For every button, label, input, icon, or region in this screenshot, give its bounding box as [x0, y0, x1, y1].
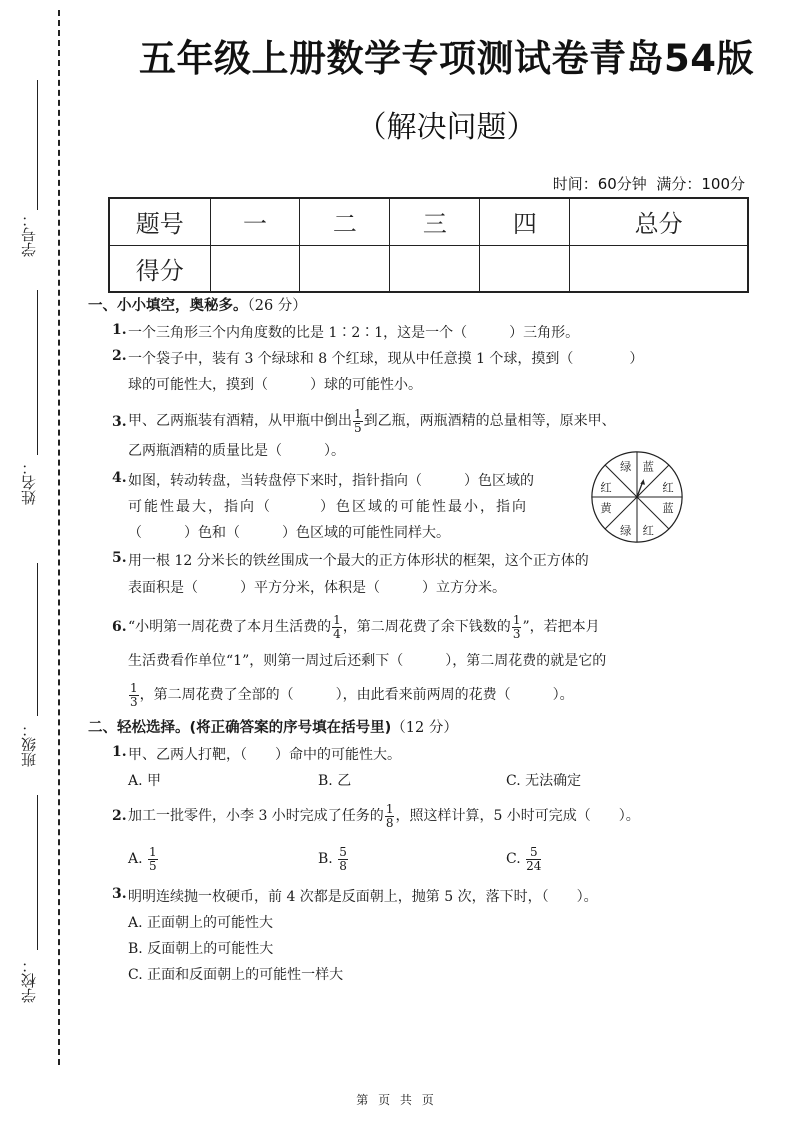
- score-table-cell: 题号: [109, 198, 210, 245]
- denominator: 3: [512, 628, 522, 641]
- question-text: 用一根 12 分米长的铁丝围成一个最大的正方体形状的框架，这个正方体的: [112, 548, 688, 575]
- time-label: 时间：60分钟: [553, 175, 647, 193]
- score-table-cell: 一: [210, 198, 300, 245]
- score-table-cell: 四: [480, 198, 570, 245]
- numerator: 1: [385, 803, 395, 817]
- numerator: 5: [338, 846, 348, 860]
- question-text: 甲、乙两人打靶，（ ）命中的可能性大。: [112, 742, 688, 768]
- student-id-line[interactable]: [37, 80, 38, 210]
- school-line[interactable]: [37, 795, 38, 950]
- denominator: 3: [129, 696, 139, 709]
- question-number: 6.: [112, 617, 127, 637]
- score-input-cell[interactable]: [210, 245, 300, 292]
- option-b[interactable]: B. 乙: [318, 768, 506, 794]
- fraction: 15: [148, 846, 158, 873]
- score-input-cell[interactable]: [300, 245, 390, 292]
- denominator: 5: [148, 860, 158, 873]
- score-table-header-row: 题号 一 二 三 四 总分: [109, 198, 748, 245]
- class-line[interactable]: [37, 563, 38, 716]
- fraction: 18: [385, 803, 395, 830]
- question-1-5: 5. 用一根 12 分米长的铁丝围成一个最大的正方体形状的框架，这个正方体的 表…: [88, 548, 688, 602]
- options-2-1: A. 甲 B. 乙 C. 无法确定: [88, 768, 688, 794]
- score-input-cell[interactable]: [480, 245, 570, 292]
- question-text-part: “小明第一周花费了本月生活费的: [128, 619, 331, 635]
- section-2-heading: 二、轻松选择。(将正确答案的序号填在括号里)（12 分）: [88, 718, 688, 742]
- question-text-part: ”，若把本月: [522, 619, 599, 635]
- score-table: 题号 一 二 三 四 总分 得分: [108, 197, 749, 293]
- option-c[interactable]: C. 正面和反面朝上的可能性一样大: [128, 962, 688, 988]
- question-text-part: 到乙瓶，两瓶酒精的总量相等，原来甲、: [364, 413, 616, 429]
- option-a[interactable]: A. 正面朝上的可能性大: [128, 910, 688, 936]
- numerator: 1: [353, 408, 363, 422]
- score-table-cell: 得分: [109, 245, 210, 292]
- section-1-heading: 一、小小填空，奥秘多。（26 分）: [88, 296, 688, 318]
- name-line[interactable]: [37, 290, 38, 455]
- spinner-sector-label: 蓝: [662, 501, 673, 515]
- options-2-2: A. 15 B. 58 C. 524: [88, 842, 688, 876]
- options-2-3: A. 正面朝上的可能性大 B. 反面朝上的可能性大 C. 正面和反面朝上的可能性…: [88, 910, 688, 988]
- denominator: 8: [338, 860, 348, 873]
- question-text: 球的可能性大，摸到（ ）球的可能性小。: [112, 372, 688, 398]
- spinner-sector-label: 蓝: [643, 460, 654, 474]
- name-label: 姓名：: [18, 460, 46, 505]
- numerator: 5: [526, 846, 541, 860]
- option-c[interactable]: C. 524: [506, 842, 542, 876]
- question-number: 3.: [112, 412, 127, 432]
- option-b[interactable]: B. 58: [318, 842, 506, 876]
- option-b[interactable]: B. 反面朝上的可能性大: [128, 936, 688, 962]
- question-text-part: 甲、乙两瓶装有酒精，从甲瓶中倒出: [128, 413, 352, 429]
- question-text: 一个三角形三个内角度数的比是 1∶2∶1，这是一个（ ）三角形。: [112, 320, 688, 346]
- class-label: 班级：: [18, 722, 46, 767]
- numerator: 1: [129, 682, 139, 696]
- denominator: 8: [385, 817, 395, 830]
- spinner-sector-label: 红: [600, 481, 611, 494]
- question-text: 生活费看作单位“1”，则第一周过后还剩下（ ），第二周花费的就是它的: [112, 644, 688, 678]
- page-footer: 第 页 共 页: [0, 1091, 793, 1108]
- question-1-2: 2. 一个袋子中，装有 3 个绿球和 8 个红球，现从中任意摸 1 个球，摸到（…: [88, 346, 688, 398]
- numerator: 1: [148, 846, 158, 860]
- spinner-sector-label: 红: [643, 525, 654, 538]
- question-number: 3.: [112, 884, 127, 904]
- question-text: 表面积是（ ）平方分米，体积是（ ）立方分米。: [112, 575, 688, 602]
- question-2-3: 3. 明明连续抛一枚硬币，前 4 次都是反面朝上，抛第 5 次，落下时，（ ）。: [88, 884, 688, 910]
- option-c[interactable]: C. 无法确定: [506, 768, 581, 794]
- question-number: 4.: [112, 468, 127, 488]
- fraction: 15: [353, 408, 363, 435]
- score-table-cell: 二: [300, 198, 390, 245]
- question-text: 一个袋子中，装有 3 个绿球和 8 个红球，现从中任意摸 1 个球，摸到（ ）: [112, 346, 688, 372]
- section-2-title: 二、轻松选择。(将正确答案的序号填在括号里): [88, 720, 391, 736]
- denominator: 5: [353, 422, 363, 435]
- student-id-label: 学号：: [18, 212, 46, 257]
- question-1-6: 6. “小明第一周花费了本月生活费的14，第二周花费了余下钱数的13”，若把本月…: [88, 610, 688, 712]
- score-input-cell[interactable]: [390, 245, 480, 292]
- page-subtitle: （解决问题）: [100, 102, 793, 146]
- question-text-part: ，第二周花费了余下钱数的: [343, 619, 511, 635]
- page-title: 五年级上册数学专项测试卷青岛54版: [100, 28, 793, 82]
- exam-content: 一、小小填空，奥秘多。（26 分） 1. 一个三角形三个内角度数的比是 1∶2∶…: [88, 296, 688, 988]
- question-1-1: 1. 一个三角形三个内角度数的比是 1∶2∶1，这是一个（ ）三角形。: [88, 320, 688, 346]
- numerator: 1: [332, 614, 342, 628]
- question-text-part: ，照这样计算，5 小时可完成（ ）。: [395, 808, 639, 824]
- option-a[interactable]: A. 15: [128, 842, 318, 876]
- section-1-title: 一、小小填空，奥秘多。: [88, 298, 248, 314]
- fraction: 14: [332, 614, 342, 641]
- option-label: B.: [318, 851, 333, 867]
- score-table-cell: 总分: [570, 198, 748, 245]
- question-number: 1.: [112, 742, 127, 762]
- score-input-cell[interactable]: [570, 245, 748, 292]
- school-label: 学校：: [18, 958, 46, 1003]
- score-table-cell: 三: [390, 198, 480, 245]
- denominator: 4: [332, 628, 342, 641]
- option-label: A.: [128, 851, 143, 867]
- full-score-label: 满分：100分: [656, 175, 745, 193]
- spinner-sector-label: 黄: [600, 501, 612, 515]
- question-text: “小明第一周花费了本月生活费的14，第二周花费了余下钱数的13”，若把本月: [112, 610, 688, 644]
- spinner-sector-label: 绿: [620, 461, 631, 474]
- question-text: 甲、乙两瓶装有酒精，从甲瓶中倒出15到乙瓶，两瓶酒精的总量相等，原来甲、: [112, 406, 688, 436]
- denominator: 24: [526, 860, 541, 873]
- fraction: 58: [338, 846, 348, 873]
- question-text: 明明连续抛一枚硬币，前 4 次都是反面朝上，抛第 5 次，落下时，（ ）。: [112, 884, 688, 910]
- spinner-sector-label: 红: [662, 481, 673, 494]
- option-label: C.: [506, 851, 521, 867]
- spinner-wheel-figure: 绿 蓝 红 蓝 红 绿 黄 红: [590, 450, 684, 544]
- section-1-points: （26 分）: [248, 298, 307, 314]
- section-2-points: （12 分）: [391, 720, 458, 736]
- question-number: 5.: [112, 548, 127, 568]
- spinner-sector-label: 绿: [620, 525, 631, 538]
- fraction: 13: [512, 614, 522, 641]
- question-number: 1.: [112, 320, 127, 340]
- question-2-1: 1. 甲、乙两人打靶，（ ）命中的可能性大。: [88, 742, 688, 768]
- fraction: 524: [526, 846, 541, 873]
- exam-meta: 时间：60分钟 满分：100分: [553, 173, 745, 194]
- question-text: 13，第二周花费了全部的（ ），由此看来前两周的花费（ ）。: [112, 678, 688, 712]
- score-table-score-row: 得分: [109, 245, 748, 292]
- option-a[interactable]: A. 甲: [128, 768, 318, 794]
- question-text-part: 加工一批零件，小李 3 小时完成了任务的: [128, 808, 384, 824]
- numerator: 1: [512, 614, 522, 628]
- question-2-2: 2. 加工一批零件，小李 3 小时完成了任务的18，照这样计算，5 小时可完成（…: [88, 800, 688, 832]
- question-text-part: ，第二周花费了全部的（ ），由此看来前两周的花费（ ）。: [140, 687, 574, 703]
- fraction: 13: [129, 682, 139, 709]
- binding-dashed-line: [58, 10, 60, 1065]
- question-text: 加工一批零件，小李 3 小时完成了任务的18，照这样计算，5 小时可完成（ ）。: [112, 800, 688, 832]
- question-number: 2.: [112, 346, 127, 366]
- question-number: 2.: [112, 806, 127, 826]
